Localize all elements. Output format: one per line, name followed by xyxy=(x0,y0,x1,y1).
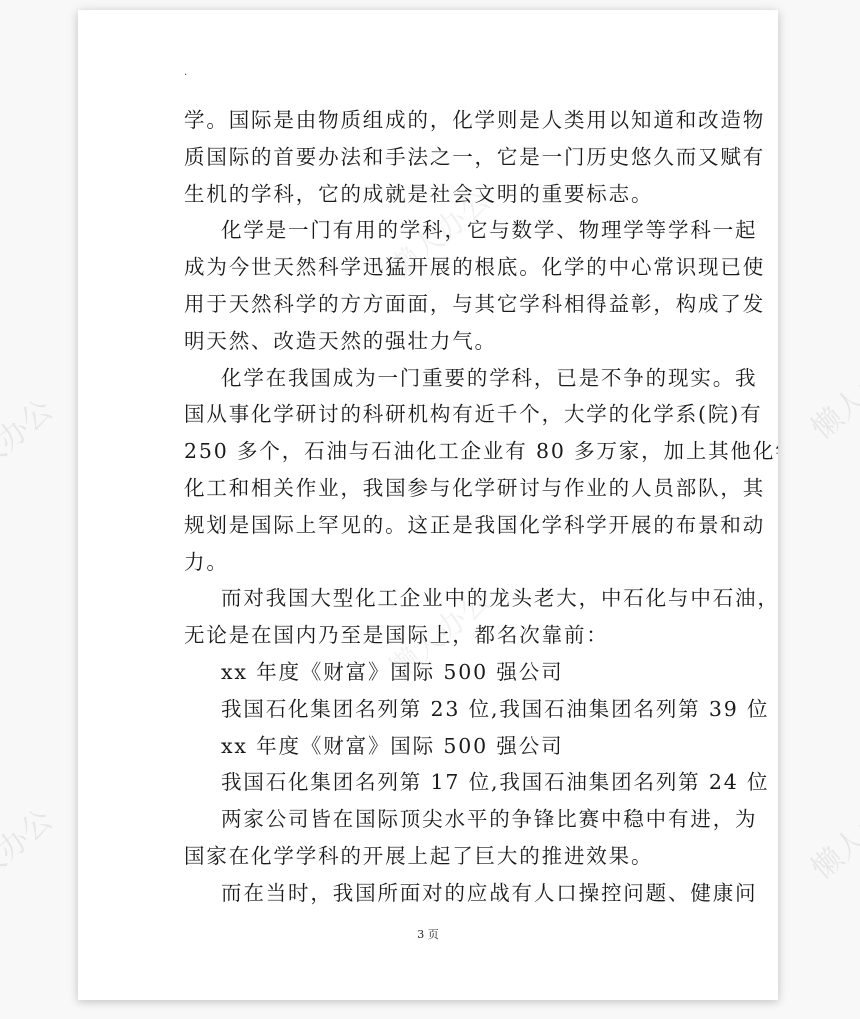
top-mark: . xyxy=(184,68,187,78)
text-line: 质国际的首要办法和手法之一，它是一门历史悠久而又赋有 xyxy=(184,139,674,176)
text-line: 而对我国大型化工企业中的龙头老大，中石化与中石油， xyxy=(184,580,674,617)
body-text: 学。国际是由物质组成的，化学则是人类用以知道和改造物 质国际的首要办法和手法之一… xyxy=(184,102,674,912)
text-line: 国从事化学研讨的科研机构有近千个，大学的化学系(院)有 xyxy=(184,396,674,433)
text-line: 规划是国际上罕见的。这正是我国化学科学开展的布景和动 xyxy=(184,507,674,544)
text-line: xx 年度《财富》国际 500 强公司 xyxy=(184,654,674,691)
text-line: 学。国际是由物质组成的，化学则是人类用以知道和改造物 xyxy=(184,102,674,139)
text-line: 两家公司皆在国际顶尖水平的争锋比赛中稳中有进，为 xyxy=(184,801,674,838)
text-line: 而在当时，我国所面对的应战有人口操控问题、健康问 xyxy=(184,875,674,912)
watermark-right-upper: 懒人办公 xyxy=(800,337,860,448)
page-number: 3 页 xyxy=(78,926,778,942)
text-line: 生机的学科，它的成就是社会文明的重要标志。 xyxy=(184,176,674,213)
text-line: 化学在我国成为一门重要的学科，已是不争的现实。我 xyxy=(184,360,674,397)
watermark-left-lower: 懒人办公 xyxy=(0,797,60,908)
text-line: 250 多个，石油与石油化工企业有 80 多万家，加上其他化学 xyxy=(184,433,674,470)
text-line: 成为今世天然科学迅猛开展的根底。化学的中心常识现已使 xyxy=(184,249,674,286)
watermark-left-upper: 懒人办公 xyxy=(0,387,60,498)
watermark-right-lower: 懒人办公 xyxy=(800,777,860,888)
text-line: xx 年度《财富》国际 500 强公司 xyxy=(184,728,674,765)
text-line: 国家在化学学科的开展上起了巨大的推进效果。 xyxy=(184,838,674,875)
text-line: 无论是在国内乃至是国际上，都名次靠前： xyxy=(184,617,674,654)
document-page: 懒人办公 懒人办公 . 学。国际是由物质组成的，化学则是人类用以知道和改造物 质… xyxy=(78,10,778,1000)
text-line: 化学是一门有用的学科，它与数学、物理学等学科一起 xyxy=(184,212,674,249)
text-line: 我国石化集团名列第 23 位,我国石油集团名列第 39 位 xyxy=(184,691,674,728)
document-viewer[interactable]: 懒人办公 懒人办公 懒人办公 懒人办公 懒人办公 懒人办公 . 学。国际是由物质… xyxy=(0,0,860,1019)
text-line: 化工和相关作业，我国参与化学研讨与作业的人员部队，其 xyxy=(184,470,674,507)
text-line: 我国石化集团名列第 17 位,我国石油集团名列第 24 位 xyxy=(184,764,674,801)
text-line: 力。 xyxy=(184,544,674,581)
text-line: 用于天然科学的方方面面，与其它学科相得益彰，构成了发 xyxy=(184,286,674,323)
text-line: 明天然、改造天然的强壮力气。 xyxy=(184,323,674,360)
